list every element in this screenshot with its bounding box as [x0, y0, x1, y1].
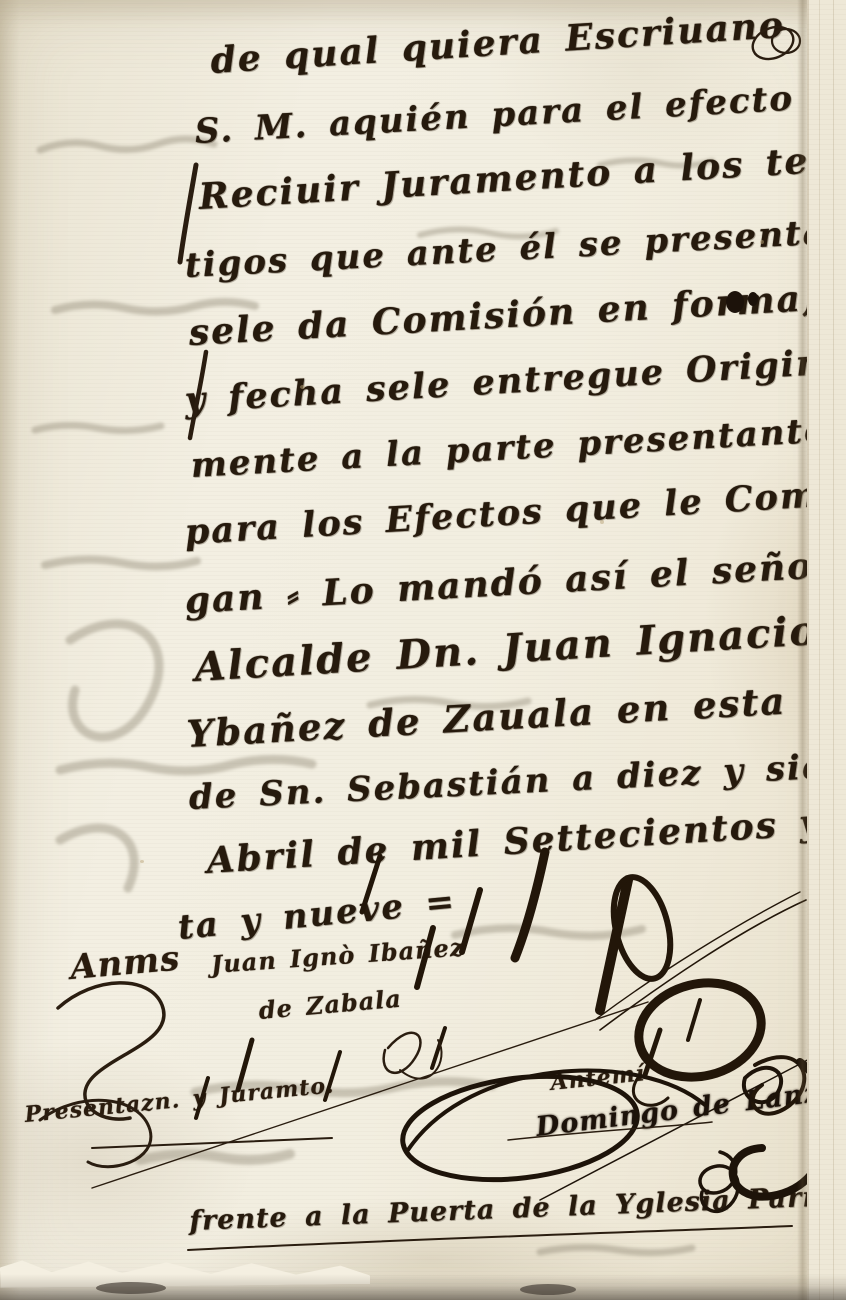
- page-fold-crease: [797, 0, 807, 1300]
- manuscript-line-8: para los Efectos que le Comben-: [184, 469, 846, 553]
- foxing-dot: [600, 520, 604, 524]
- page-stack-edge: [807, 0, 846, 1300]
- left-gutter-shadow: [0, 0, 20, 1300]
- manuscript-line-1: de qual quiera Escriuano: [209, 4, 786, 82]
- manuscript-line-10: Alcalde Dn. Juan Ignacio: [193, 607, 819, 691]
- margin-note-underline: [92, 1138, 332, 1148]
- manuscript-line-6: y fecha sele entregue Original-: [184, 339, 846, 421]
- manuscript-line-7: mente a la parte presentante: [190, 410, 829, 486]
- ante-mi-right-text: Antemí: [549, 1060, 646, 1096]
- closing-line: frente a la Puerta de la Yglesia Parroch…: [189, 1178, 846, 1237]
- manuscript-line-4: tigos que ante él se presentaren,: [184, 208, 846, 286]
- zabala-rubric: [384, 1033, 442, 1079]
- edge-blotch: [96, 1282, 166, 1294]
- manuscript-line-2: S. M. aquién para el efecto: [194, 79, 795, 152]
- foxing-dot: [760, 240, 764, 244]
- ante-mi-left-rubric-text: Anms: [69, 939, 182, 988]
- foxing-dot: [300, 385, 305, 389]
- signature-alcalde-line2: de Zabala: [257, 984, 402, 1025]
- foxing-dot: [140, 860, 144, 863]
- manuscript-line-3: Reciuir Juramento a los tes-: [198, 137, 846, 218]
- manuscript-page: de qual quiera Escriuano S. M. aquién pa…: [0, 0, 846, 1300]
- manuscript-line-9: gan ⸗ Lo mandó así el señor: [184, 544, 835, 622]
- margin-note: Presentazn. y Juramto.: [24, 1072, 336, 1128]
- manuscript-line-5: sele da Comisión en forma,: [188, 277, 818, 354]
- edge-blotch: [520, 1284, 576, 1295]
